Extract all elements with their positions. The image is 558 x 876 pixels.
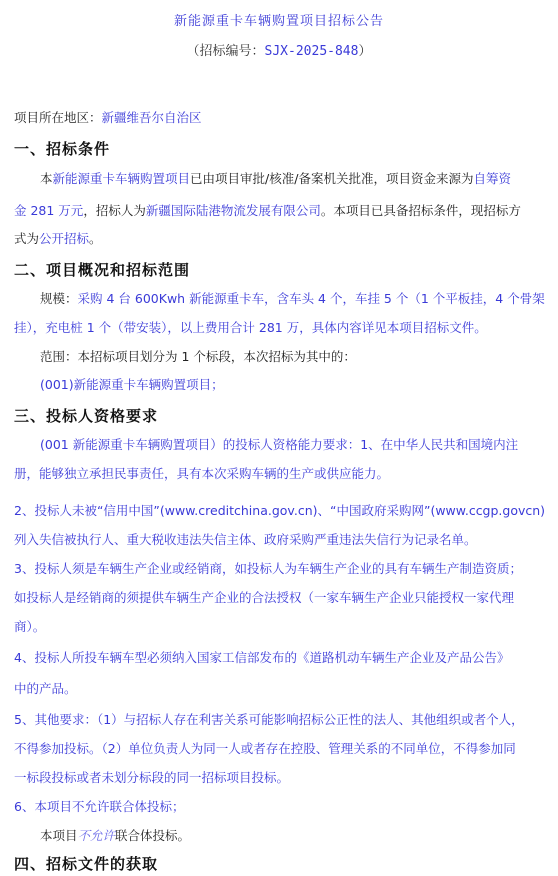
req-2-line-1: 2、投标人未被“信用中国”(www.creditchina.gov.cn)、“中…: [14, 503, 546, 519]
text: ，招标人为: [83, 203, 146, 218]
tender-number-prefix: （招标编号：: [187, 44, 265, 59]
req-4-line-2: 中的产品。: [14, 681, 546, 697]
scale-line-2: 挂），充电桩 1 个（带安装），以上费用合计 281 万，具体内容详见本项目招标…: [14, 320, 546, 336]
tender-number-code: SJX-2025-848: [265, 44, 359, 59]
tender-number: （招标编号：SJX-2025-848）: [0, 40, 558, 59]
text: 本项目: [40, 828, 78, 843]
req-3-line-1: 3、投标人须是车辆生产企业或经销商，如投标人为车辆生产企业的具有车辆生产制造资质…: [14, 561, 546, 577]
section-1-para-line-2: 金 281 万元，招标人为新疆国际陆港物流发展有限公司。本项目已具备招标条件，现…: [14, 203, 546, 219]
page-title: 新能源重卡车辆购置项目招标公告: [0, 10, 558, 29]
text: 。: [89, 231, 102, 246]
scale-line-1: 规模：采购 4 台 600Kwh 新能源重卡车，含车头 4 个，车挂 5 个（1…: [40, 291, 546, 307]
section-4-heading: 四、招标文件的获取: [14, 853, 158, 874]
req-3-line-2: 如投标人是经销商的须提供车辆生产企业的合法授权（一家车辆生产企业只能授权一家代理: [14, 590, 546, 606]
range-line: 范围：本招标项目划分为 1 个标段，本次招标为其中的：: [40, 349, 546, 365]
region-label: 项目所在地区：: [14, 110, 102, 125]
section-3-heading: 三、投标人资格要求: [14, 405, 158, 426]
tenderer-name: 新疆国际陆港物流发展有限公司: [146, 203, 321, 218]
fund-source: 自筹资: [473, 171, 511, 186]
lot-line: (001)新能源重卡车辆购置项目；: [40, 377, 546, 393]
tender-number-suffix: ）: [358, 44, 371, 59]
project-name: 新能源重卡车辆购置项目: [53, 171, 191, 186]
tender-method: 公开招标: [39, 231, 89, 246]
project-region: 项目所在地区：新疆维吾尔自治区: [14, 110, 546, 126]
section-1-para-line-3: 式为公开招标。: [14, 231, 546, 247]
region-value: 新疆维吾尔自治区: [102, 110, 202, 125]
text: 式为: [14, 231, 39, 246]
req-5-line-2: 不得参加投标。（2）单位负责人为同一人或者存在控股、管理关系的不同单位，不得参加…: [14, 741, 546, 757]
req-6-line: 6、本项目不允许联合体投标；: [14, 799, 546, 815]
req-1-line-1: (001 新能源重卡车辆购置项目）的投标人资格能力要求：1、在中华人民共和国境内…: [40, 437, 546, 453]
section-1-heading: 一、招标条件: [14, 138, 110, 159]
section-2-heading: 二、项目概况和招标范围: [14, 259, 190, 280]
joint-bid-line: 本项目不允许联合体投标。: [40, 828, 546, 844]
joint-bid-status: 不允许: [78, 828, 116, 843]
req-3-line-3: 商）。: [14, 619, 546, 635]
text: 。本项目已具备招标条件，现招标方: [321, 203, 521, 218]
req-5-line-1: 5、其他要求：（1）与招标人存在利害关系可能影响招标公正性的法人、其他组织或者个…: [14, 712, 546, 728]
req-4-line-1: 4、投标人所投车辆车型必须纳入国家工信部发布的《道路机动车辆生产企业及产品公告》: [14, 650, 546, 666]
fund-amount: 金 281 万元: [14, 203, 83, 218]
text: 本: [40, 171, 53, 186]
req-2-line-2: 列入失信被执行人、重大税收违法失信主体、政府采购严重违法失信行为记录名单。: [14, 532, 546, 548]
scale-label: 规模：: [40, 291, 78, 306]
req-1-line-2: 册，能够独立承担民事责任，具有本次采购车辆的生产或供应能力。: [14, 466, 546, 482]
scale-text: 采购 4 台 600Kwh 新能源重卡车，含车头 4 个，车挂 5 个（1 个平…: [78, 291, 545, 306]
text: 联合体投标。: [115, 828, 190, 843]
section-1-para-line-1: 本新能源重卡车辆购置项目已由项目审批/核准/备案机关批准，项目资金来源为自筹资: [40, 171, 546, 187]
text: 已由项目审批/核准/备案机关批准，项目资金来源为: [190, 171, 473, 186]
req-5-line-3: 一标段投标或者未划分标段的同一招标项目投标。: [14, 770, 546, 786]
